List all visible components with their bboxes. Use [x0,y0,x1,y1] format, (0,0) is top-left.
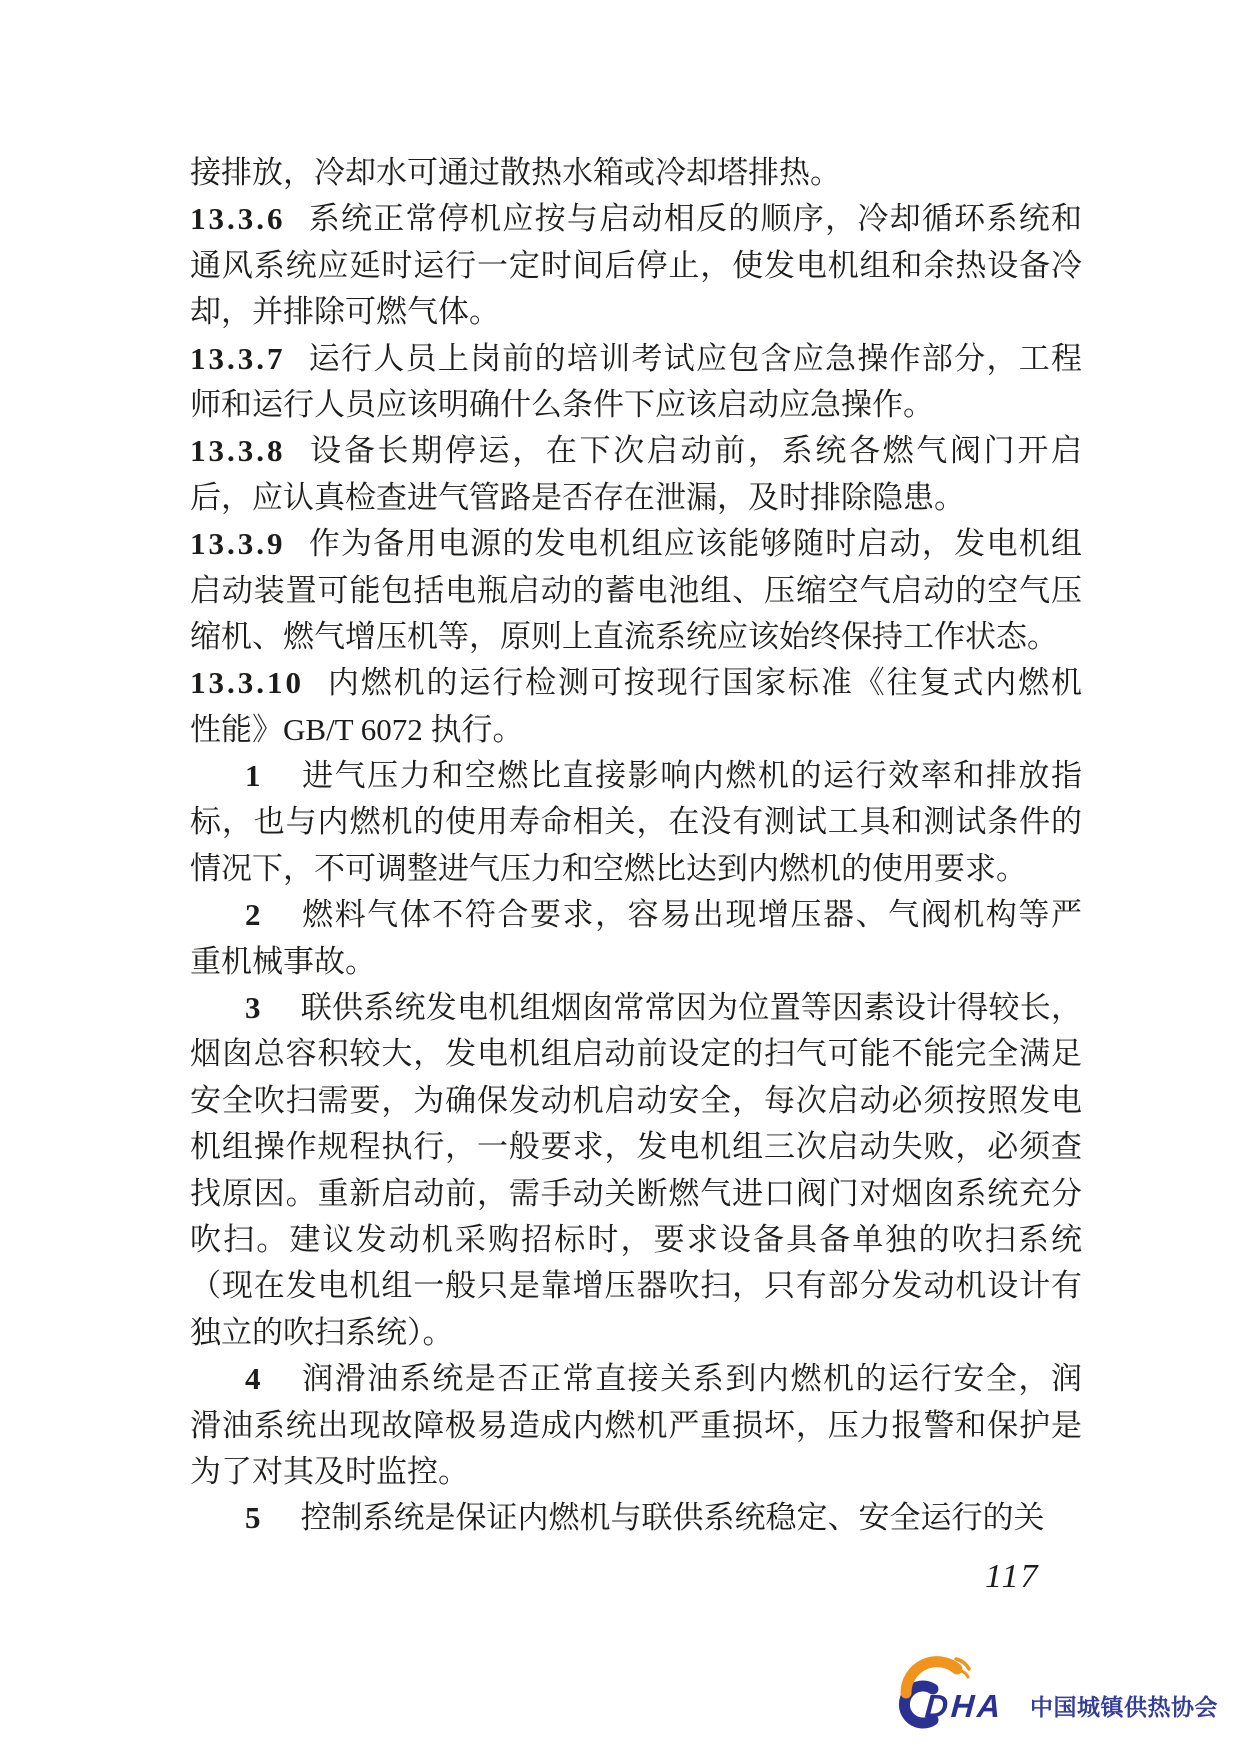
text-line: 2燃料气体不符合要求，容易出现增压器、气阀机构等严 [190,892,1082,938]
item-number: 4 [245,1361,261,1396]
text-line: 性能》GB/T 6072 执行。 [190,707,1082,753]
line-text: 却，并排除可燃气体。 [190,294,500,329]
line-text: 重机械事故。 [190,944,376,979]
text-line: 4润滑油系统是否正常直接关系到内燃机的运行安全，润 [190,1356,1082,1402]
line-text: 为了对其及时监控。 [190,1454,469,1489]
text-line: 3联供系统发电机组烟囱常常因为位置等因素设计得较长， [190,985,1082,1031]
line-text: 内燃机的运行检测可按现行国家标准《往复式内燃机 [326,665,1082,700]
line-text: 控制系统是保证内燃机与联供系统稳定、安全运行的关 [301,1500,1045,1535]
line-text: 安全吹扫需要，为确保发动机启动安全，每次启动必须按照发电 [190,1083,1082,1118]
text-line: 独立的吹扫系统）。 [190,1310,1082,1356]
section-number: 13.3.9 [190,526,286,561]
text-line: 13.3.6系统正常停机应按与启动相反的顺序，冷却循环系统和 [190,196,1082,242]
line-text: 进气压力和空燃比直接影响内燃机的运行效率和排放指 [301,758,1083,793]
item-number: 5 [245,1500,261,1535]
line-text: （现在发电机组一般只是靠增压器吹扫，只有部分发动机设计有 [190,1268,1082,1303]
text-line: 烟囱总容积较大，发电机组启动前设定的扫气可能不能完全满足 [190,1031,1082,1077]
logo-org-name: 中国城镇供热协会 [1030,1693,1218,1721]
text-line: 为了对其及时监控。 [190,1449,1082,1495]
item-number: 3 [245,990,261,1025]
section-number: 13.3.7 [190,341,286,376]
text-line: 13.3.9作为备用电源的发电机组应该能够随时启动，发电机组 [190,521,1082,567]
line-text: 标，也与内燃机的使用寿命相关，在没有测试工具和测试条件的 [190,804,1082,839]
logo-acronym: DHA [924,1690,1005,1722]
section-number: 13.3.8 [190,433,286,468]
line-text: 机组操作规程执行，一般要求，发电机组三次启动失败，必须查 [190,1129,1082,1164]
cdha-logo: DHA 中国城镇供热协会 [893,1656,1228,1734]
text-line: 情况下，不可调整进气压力和空燃比达到内燃机的使用要求。 [190,846,1082,892]
document-body: 接排放，冷却水可通过散热水箱或冷却塔排热。13.3.6系统正常停机应按与启动相反… [190,150,1082,1542]
line-text: 通风系统应延时运行一定时间后停止，使发电机组和余热设备冷 [190,248,1082,283]
document-page: 接排放，冷却水可通过散热水箱或冷却塔排热。13.3.6系统正常停机应按与启动相反… [0,0,1240,1754]
text-line: 标，也与内燃机的使用寿命相关，在没有测试工具和测试条件的 [190,799,1082,845]
section-number: 13.3.10 [190,665,304,700]
text-line: 找原因。重新启动前，需手动关断燃气进口阀门对烟囱系统充分 [190,1171,1082,1217]
text-line: 缩机、燃气增压机等，原则上直流系统应该始终保持工作状态。 [190,614,1082,660]
line-text: 吹扫。建议发动机采购招标时，要求设备具备单独的吹扫系统 [190,1222,1082,1257]
section-number: 13.3.6 [190,201,286,236]
line-text: 性能》GB/T 6072 执行。 [190,712,524,747]
text-line: 安全吹扫需要，为确保发动机启动安全，每次启动必须按照发电 [190,1078,1082,1124]
text-line: 13.3.8设备长期停运，在下次启动前，系统各燃气阀门开启 [190,428,1082,474]
line-text: 系统正常停机应按与启动相反的顺序，冷却循环系统和 [308,201,1083,236]
text-line: 吹扫。建议发动机采购招标时，要求设备具备单独的吹扫系统 [190,1217,1082,1263]
text-line: （现在发电机组一般只是靠增压器吹扫，只有部分发动机设计有 [190,1263,1082,1309]
page-number: 117 [985,1558,1039,1596]
line-text: 启动装置可能包括电瓶启动的蓄电池组、压缩空气启动的空气压 [190,573,1082,608]
text-line: 1进气压力和空燃比直接影响内燃机的运行效率和排放指 [190,753,1082,799]
line-text: 滑油系统出现故障极易造成内燃机严重损坏，压力报警和保护是 [190,1408,1082,1443]
text-line: 接排放，冷却水可通过散热水箱或冷却塔排热。 [190,150,1082,196]
text-line: 启动装置可能包括电瓶启动的蓄电池组、压缩空气启动的空气压 [190,568,1082,614]
line-text: 独立的吹扫系统）。 [190,1315,454,1350]
text-line: 13.3.10内燃机的运行检测可按现行国家标准《往复式内燃机 [190,660,1082,706]
line-text: 师和运行人员应该明确什么条件下应该启动应急操作。 [190,387,934,422]
item-number: 2 [245,897,261,932]
text-line: 滑油系统出现故障极易造成内燃机严重损坏，压力报警和保护是 [190,1403,1082,1449]
text-line: 13.3.7运行人员上岗前的培训考试应包含应急操作部分，工程 [190,336,1082,382]
line-text: 找原因。重新启动前，需手动关断燃气进口阀门对烟囱系统充分 [190,1176,1082,1211]
text-line: 5控制系统是保证内燃机与联供系统稳定、安全运行的关 [190,1495,1082,1541]
text-line: 重机械事故。 [190,939,1082,985]
text-line: 机组操作规程执行，一般要求，发电机组三次启动失败，必须查 [190,1124,1082,1170]
line-text: 燃料气体不符合要求，容易出现增压器、气阀机构等严 [301,897,1083,932]
line-text: 运行人员上岗前的培训考试应包含应急操作部分，工程 [308,341,1083,376]
text-line: 师和运行人员应该明确什么条件下应该启动应急操作。 [190,382,1082,428]
item-number: 1 [245,758,261,793]
text-line: 却，并排除可燃气体。 [190,289,1082,335]
line-text: 联供系统发电机组烟囱常常因为位置等因素设计得较长， [301,990,1083,1025]
line-text: 作为备用电源的发电机组应该能够随时启动，发电机组 [308,526,1083,561]
line-text: 接排放，冷却水可通过散热水箱或冷却塔排热。 [190,155,841,190]
text-line: 通风系统应延时运行一定时间后停止，使发电机组和余热设备冷 [190,243,1082,289]
line-text: 后，应认真检查进气管路是否存在泄漏，及时排除隐患。 [190,480,965,515]
line-text: 缩机、燃气增压机等，原则上直流系统应该始终保持工作状态。 [190,619,1058,654]
text-line: 后，应认真检查进气管路是否存在泄漏，及时排除隐患。 [190,475,1082,521]
line-text: 烟囱总容积较大，发电机组启动前设定的扫气可能不能完全满足 [190,1036,1082,1071]
line-text: 情况下，不可调整进气压力和空燃比达到内燃机的使用要求。 [190,851,1027,886]
line-text: 润滑油系统是否正常直接关系到内燃机的运行安全，润 [301,1361,1083,1396]
line-text: 设备长期停运，在下次启动前，系统各燃气阀门开启 [308,433,1083,468]
